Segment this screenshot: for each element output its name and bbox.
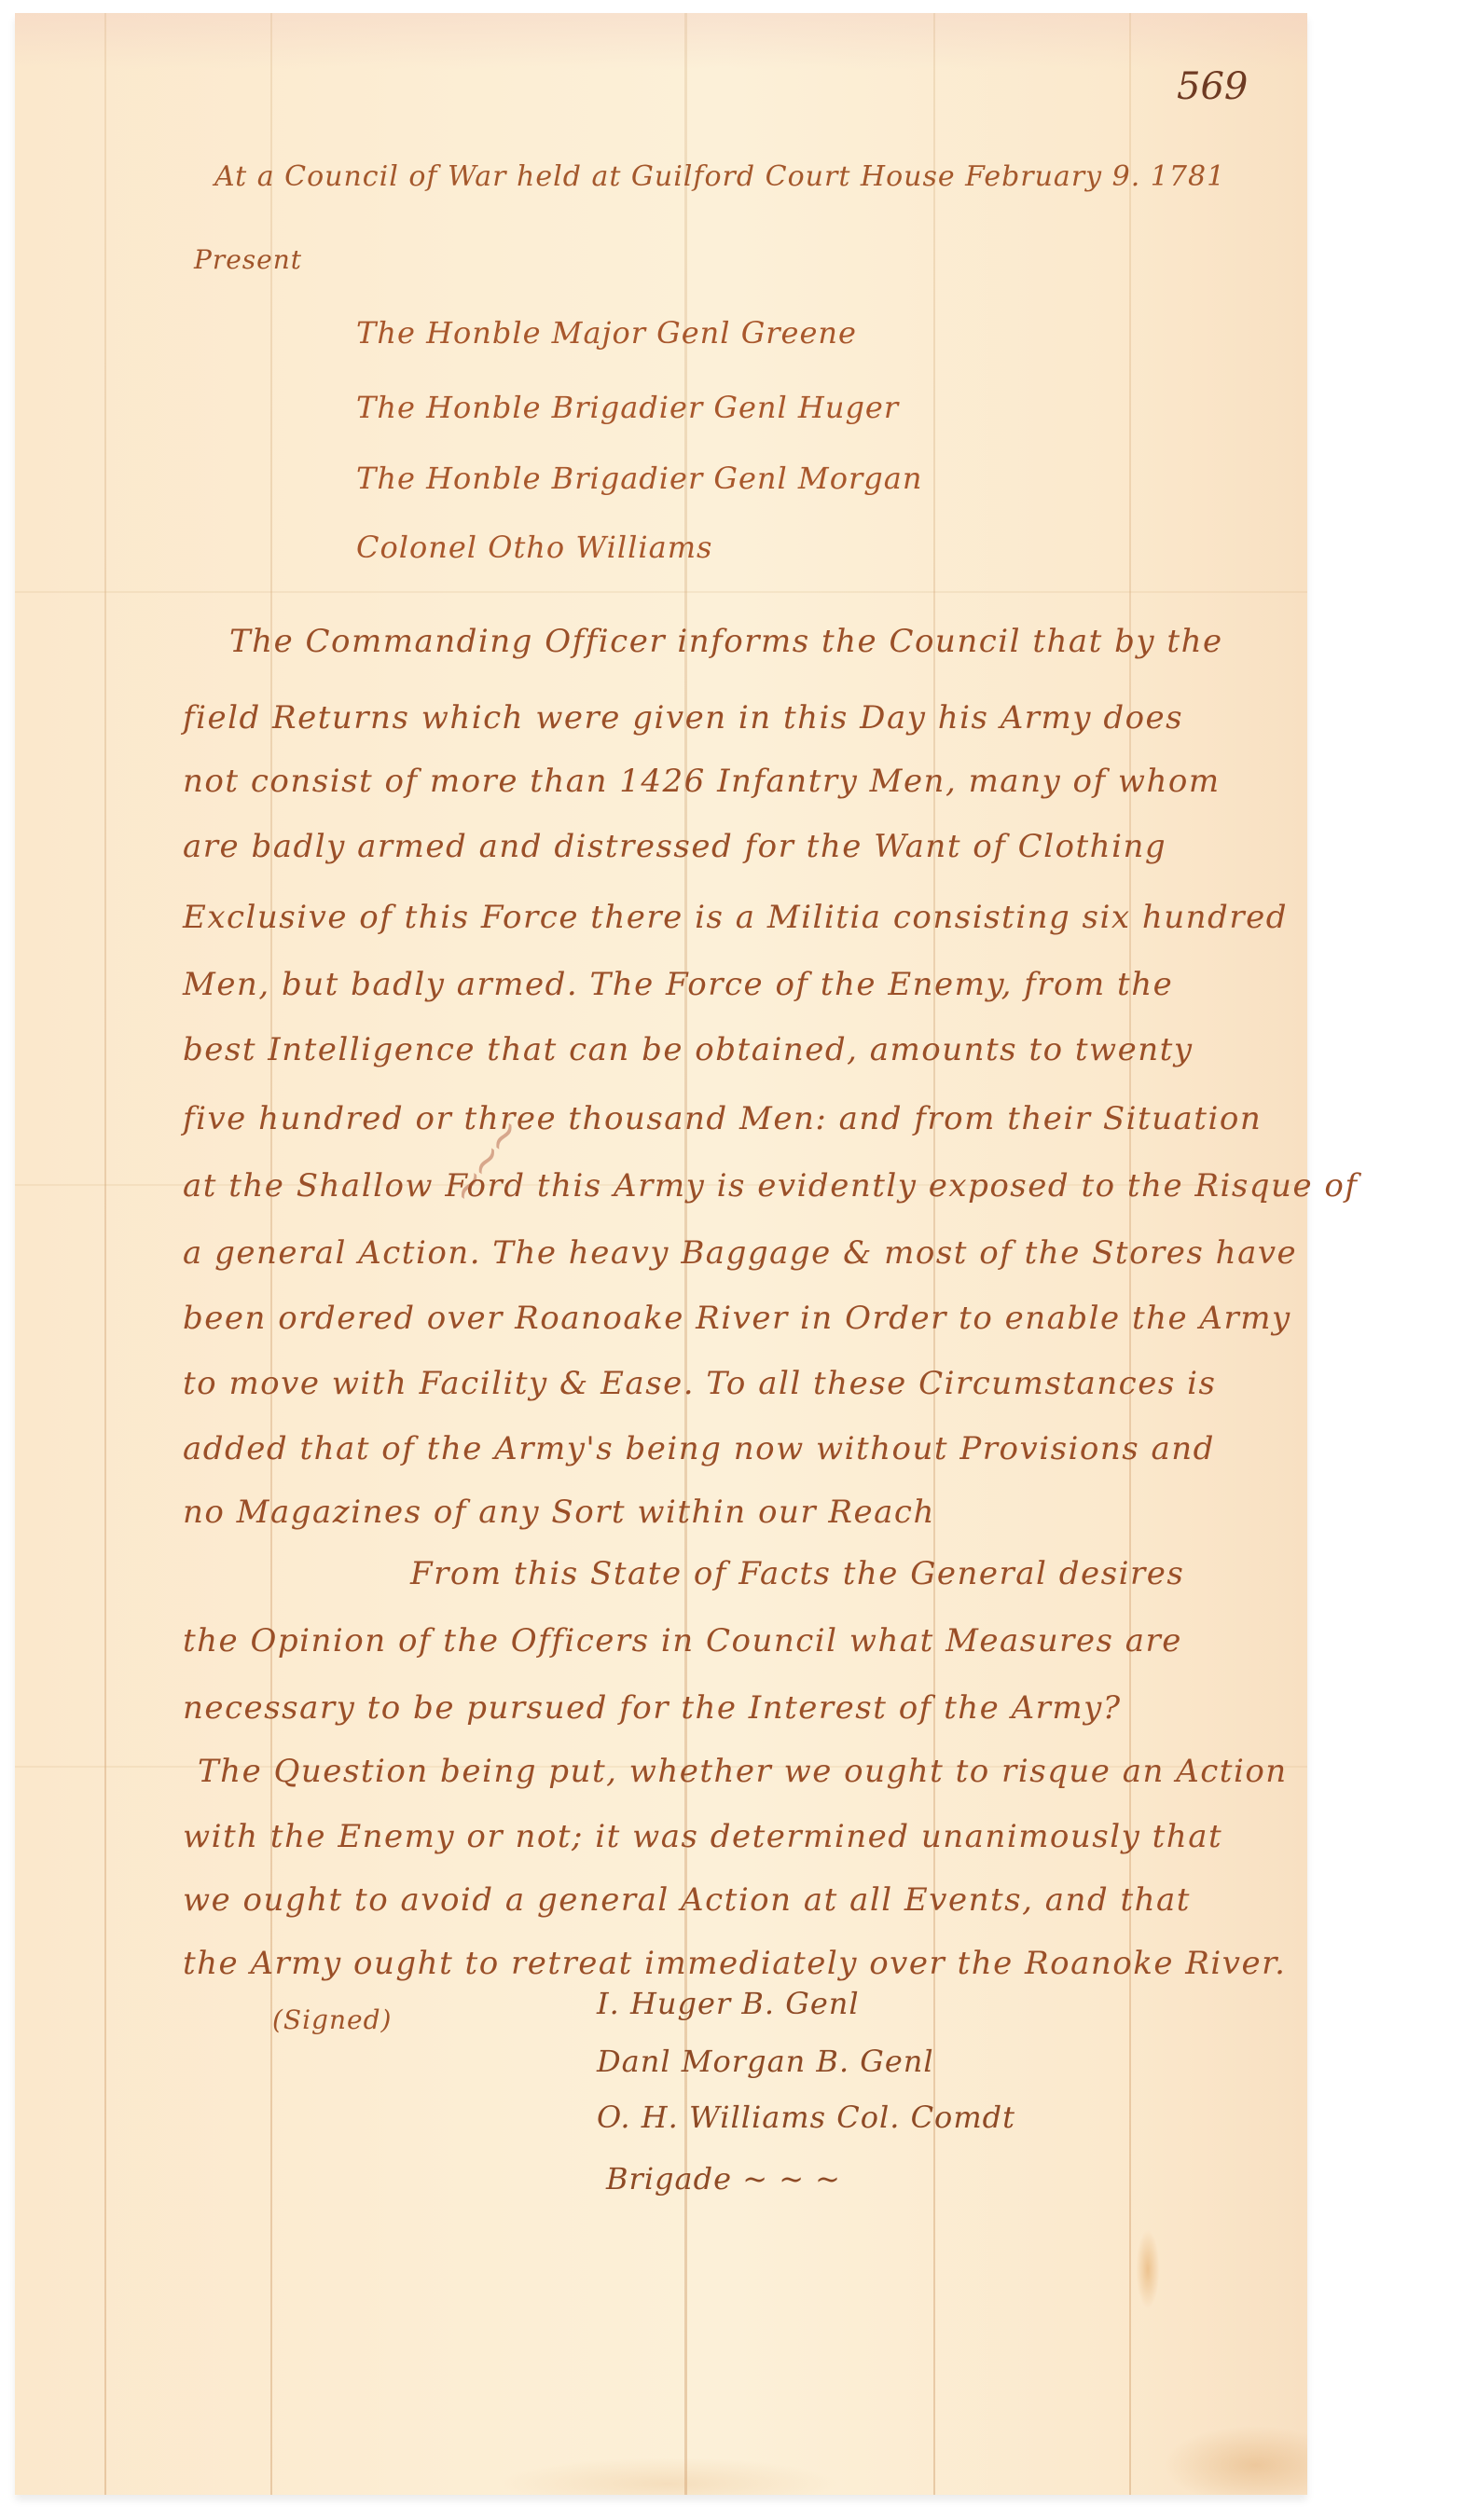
body-line: Exclusive of this Force there is a Milit… <box>183 899 1288 936</box>
folio-number: 569 <box>1177 65 1248 108</box>
signature-line: Brigade ~ ~ ~ <box>606 2161 841 2196</box>
body-line: at the Shallow Ford this Army is evident… <box>183 1167 1358 1205</box>
body-line: added that of the Army's being now witho… <box>183 1430 1215 1467</box>
body-line: a general Action. The heavy Baggage & mo… <box>183 1234 1297 1272</box>
body-line: five hundred or three thousand Men: and … <box>183 1100 1262 1137</box>
document-heading: At a Council of War held at Guilford Cou… <box>214 160 1225 193</box>
body-line: with the Enemy or not; it was determined… <box>183 1818 1222 1855</box>
body-line: been ordered over Roanoake River in Orde… <box>183 1300 1291 1337</box>
attendee-line: The Honble Brigadier Genl Morgan <box>356 461 922 496</box>
attendee-line: Colonel Otho Williams <box>356 530 712 565</box>
signature-line: I. Huger B. Genl <box>597 1986 860 2021</box>
body-line: From this State of Facts the General des… <box>410 1555 1184 1592</box>
body-line: are badly armed and distressed for the W… <box>183 828 1166 865</box>
body-line: to move with Facility & Ease. To all the… <box>183 1365 1216 1402</box>
present-label: Present <box>194 244 302 275</box>
body-line: field Returns which were given in this D… <box>183 699 1183 737</box>
body-line: The Commanding Officer informs the Counc… <box>229 623 1223 660</box>
attendee-line: The Honble Major Genl Greene <box>356 315 857 351</box>
attendee-line: The Honble Brigadier Genl Huger <box>356 390 899 425</box>
body-line: necessary to be pursued for the Interest… <box>183 1689 1122 1727</box>
body-line: The Question being put, whether we ought… <box>198 1753 1288 1790</box>
body-line: best Intelligence that can be obtained, … <box>183 1031 1194 1068</box>
body-line: Men, but badly armed. The Force of the E… <box>183 966 1173 1003</box>
signed-label: (Signed) <box>272 2004 392 2035</box>
body-line: not consist of more than 1426 Infantry M… <box>183 763 1221 800</box>
body-line: the Army ought to retreat immediately ov… <box>183 1945 1286 1982</box>
body-line: the Opinion of the Officers in Council w… <box>183 1622 1182 1659</box>
body-line: we ought to avoid a general Action at al… <box>183 1881 1191 1919</box>
body-line: no Magazines of any Sort within our Reac… <box>183 1494 935 1531</box>
signature-line: O. H. Williams Col. Comdt <box>597 2100 1015 2135</box>
fold-line <box>104 13 106 2495</box>
horizontal-fold-line <box>15 591 1307 593</box>
signature-line: Danl Morgan B. Genl <box>597 2044 934 2079</box>
